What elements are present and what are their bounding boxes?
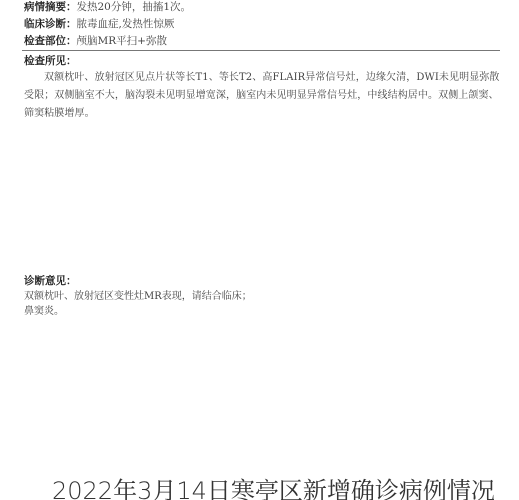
field-label: 病情摘要： xyxy=(24,1,77,13)
field-label: 检查部位： xyxy=(24,35,77,47)
field-value: 发热20分钟，抽搐1次。 xyxy=(77,1,192,13)
header-divider xyxy=(22,50,500,51)
field-label: 临床诊断： xyxy=(24,18,77,30)
findings-title: 检查所见： xyxy=(24,54,77,68)
opinion-line: 鼻窦炎。 xyxy=(24,304,500,319)
field-exam-site: 检查部位：颅脑MR平扫+弥散 xyxy=(24,34,167,48)
opinion-line: 双额枕叶、放射冠区变性灶MR表现，请结合临床； xyxy=(24,289,500,304)
field-value: 颅脑MR平扫+弥散 xyxy=(77,35,167,47)
field-clinical-diagnosis: 临床诊断：脓毒血症,发热性惊厥 xyxy=(24,17,174,31)
opinion-title: 诊断意见： xyxy=(24,274,77,288)
opinion-text: 双额枕叶、放射冠区变性灶MR表现，请结合临床； 鼻窦炎。 xyxy=(24,289,500,319)
image-caption: 2022年3月14日寒亭区新增确诊病例情况 xyxy=(52,476,495,500)
field-value: 脓毒血症,发热性惊厥 xyxy=(77,18,175,30)
findings-text: 双额枕叶、放射冠区见点片状等长T1、等长T2、高FLAIR异常信号灶，边缘欠清，… xyxy=(24,69,500,123)
field-condition-summary: 病情摘要：发热20分钟，抽搐1次。 xyxy=(24,0,191,14)
